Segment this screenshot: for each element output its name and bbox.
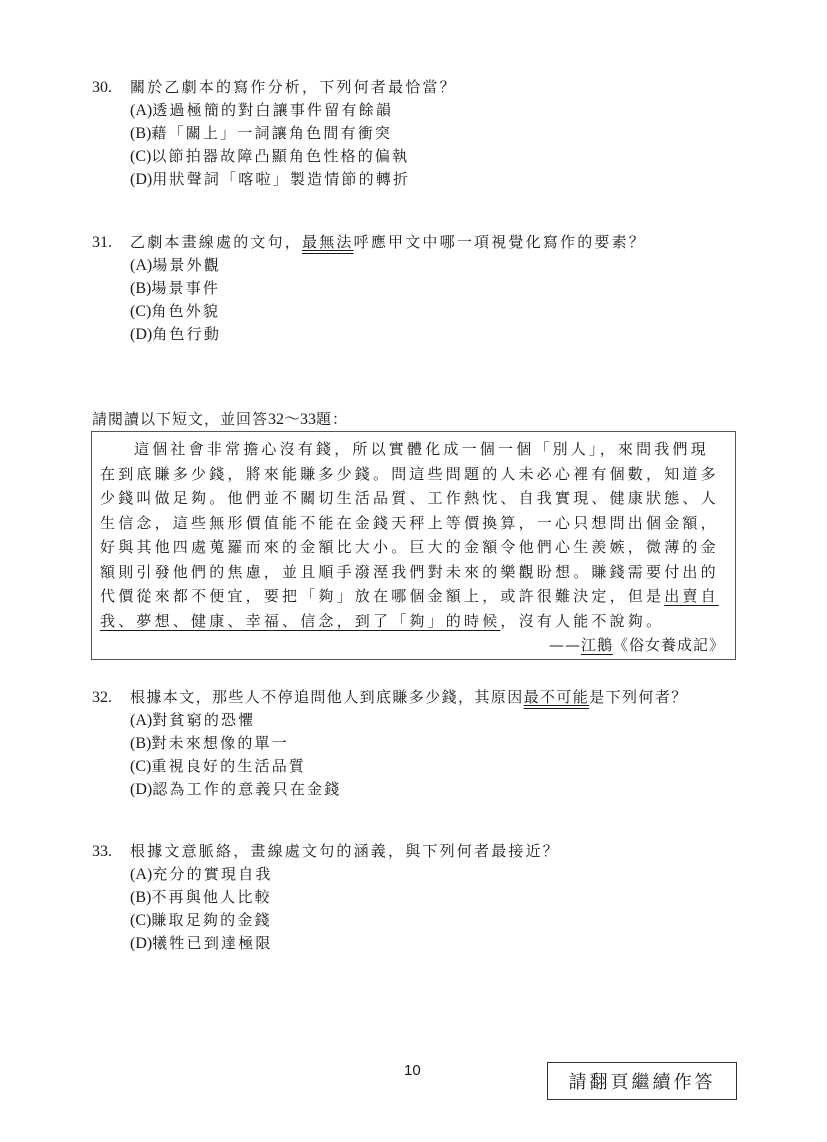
option-key: (C) (130, 912, 151, 929)
stem-text: 乙劇本畫線處的文句， (130, 233, 302, 251)
question-31: 31.乙劇本畫線處的文句，最無法呼應甲文中哪一項視覺化寫作的要素？ (A)場景外… (92, 231, 646, 346)
question-33: 33.根據文意脈絡，畫線處文句的涵義，與下列何者最接近？ (A)充分的實現自我 … (92, 840, 560, 955)
emphasis-keyword: 最不可能 (524, 688, 590, 706)
passage-text: 生信念，這些無形價值能不能在金錢天秤上等價換算，一心只想問出個金額， (100, 514, 719, 532)
option-key: (C) (130, 303, 151, 320)
option-text: 認為工作的意義只在金錢 (152, 780, 341, 798)
option-a[interactable]: (A)充分的實現自我 (92, 863, 560, 886)
question-stem: 32.根據本文，那些人不停追問他人到底賺多少錢，其原因最不可能是下列何者？ (92, 686, 688, 709)
reading-passage: 這個社會非常擔心沒有錢，所以實體化成一個一個「別人」，來問我們現 在到底賺多少錢… (91, 431, 736, 660)
question-number: 33. (92, 840, 130, 863)
passage-line: 少錢叫做足夠。他們並不關切生活品質、工作熱忱、自我實現、健康狀態、人 (100, 486, 729, 511)
passage-text: 代價從來都不便宜，要把「夠」放在哪個金額上，或許很難決定，但是 (100, 587, 664, 605)
passage-line: 額則引發他們的焦慮，並且順手潑溼我們對未來的樂觀盼想。賺錢需要付出的 (100, 560, 729, 585)
option-text: 犧牲已到達極限 (152, 934, 272, 952)
option-key: (A) (130, 102, 152, 119)
option-key: (C) (130, 758, 151, 775)
option-text: 不再與他人比較 (151, 888, 271, 906)
question-32: 32.根據本文，那些人不停追問他人到底賺多少錢，其原因最不可能是下列何者？ (A… (92, 686, 688, 801)
option-key: (B) (130, 125, 151, 142)
option-key: (C) (130, 148, 151, 165)
source-dash: —— (549, 636, 581, 654)
option-text: 透過極簡的對白讓事件留有餘韻 (152, 101, 393, 119)
option-text: 用狀聲詞「喀啦」製造情節的轉折 (152, 170, 410, 188)
passage-source: ——江鵝《俗女養成記》 (100, 633, 729, 658)
source-title: 《俗女養成記》 (613, 636, 725, 654)
option-key: (B) (130, 735, 151, 752)
passage-text: 這個社會非常擔心沒有錢，所以實體化成一個一個「別人」，來問我們現 (134, 440, 709, 458)
intro-text: 請閱讀以下短文，並回答 (92, 410, 268, 428)
question-stem: 30.關於乙劇本的寫作分析，下列何者最恰當？ (92, 76, 457, 99)
option-c[interactable]: (C)重視良好的生活品質 (92, 755, 688, 778)
question-stem: 31.乙劇本畫線處的文句，最無法呼應甲文中哪一項視覺化寫作的要素？ (92, 231, 646, 254)
question-30: 30.關於乙劇本的寫作分析，下列何者最恰當？ (A)透過極簡的對白讓事件留有餘韻… (92, 76, 457, 191)
option-text: 場景外觀 (152, 256, 221, 274)
option-text: 角色行動 (152, 325, 221, 343)
option-key: (B) (130, 280, 151, 297)
page-number: 10 (404, 1062, 421, 1079)
option-text: 藉「關上」一詞讓角色間有衝突 (151, 124, 392, 142)
passage-line: 這個社會非常擔心沒有錢，所以實體化成一個一個「別人」，來問我們現 (100, 437, 729, 462)
option-d[interactable]: (D)犧牲已到達極限 (92, 932, 560, 955)
option-key: (A) (130, 866, 152, 883)
underlined-sentence: 出賣自 (664, 587, 719, 605)
option-key: (B) (130, 889, 151, 906)
option-b[interactable]: (B)場景事件 (92, 277, 646, 300)
passage-line: 好與其他四處蒐羅而來的金額比大小。巨大的金額令他們心生羨嫉，微薄的金 (100, 535, 729, 560)
turn-page-notice: 請翻頁繼續作答 (547, 1062, 737, 1100)
passage-text: ，沒有人能不說夠。 (500, 612, 664, 630)
passage-line: 代價從來都不便宜，要把「夠」放在哪個金額上，或許很難決定，但是出賣自 (100, 584, 729, 609)
option-text: 以節拍器故障凸顯角色性格的偏執 (151, 147, 409, 165)
option-b[interactable]: (B)不再與他人比較 (92, 886, 560, 909)
option-d[interactable]: (D)認為工作的意義只在金錢 (92, 778, 688, 801)
question-range: 32～33 (268, 411, 316, 428)
emphasis-keyword: 最無法 (302, 233, 354, 251)
option-key: (D) (130, 935, 152, 952)
option-text: 賺取足夠的金錢 (151, 911, 271, 929)
passage-text: 額則引發他們的焦慮，並且順手潑溼我們對未來的樂觀盼想。賺錢需要付出的 (100, 563, 719, 581)
option-text: 對未來想像的單一 (151, 734, 289, 752)
option-c[interactable]: (C)角色外貌 (92, 300, 646, 323)
option-text: 充分的實現自我 (152, 865, 272, 883)
intro-text: 題： (316, 410, 348, 428)
passage-line: 在到底賺多少錢，將來能賺多少錢。問這些問題的人未必心裡有個數，知道多 (100, 462, 729, 487)
option-c[interactable]: (C)以節拍器故障凸顯角色性格的偏執 (92, 145, 457, 168)
passage-text: 少錢叫做足夠。他們並不關切生活品質、工作熱忱、自我實現、健康狀態、人 (100, 489, 719, 507)
passage-line: 我、夢想、健康、幸福、信念，到了「夠」的時候，沒有人能不說夠。 (100, 609, 729, 634)
option-a[interactable]: (A)對貧窮的恐懼 (92, 709, 688, 732)
question-number: 32. (92, 686, 130, 709)
underlined-sentence: 我、夢想、健康、幸福、信念，到了「夠」的時候 (100, 612, 500, 630)
option-text: 場景事件 (151, 279, 220, 297)
option-key: (A) (130, 257, 152, 274)
stem-text: 呼應甲文中哪一項視覺化寫作的要素？ (354, 233, 646, 251)
option-b[interactable]: (B)藉「關上」一詞讓角色間有衝突 (92, 122, 457, 145)
passage-line: 生信念，這些無形價值能不能在金錢天秤上等價換算，一心只想問出個金額， (100, 511, 729, 536)
source-author: 江鵝 (581, 636, 613, 654)
option-d[interactable]: (D)用狀聲詞「喀啦」製造情節的轉折 (92, 168, 457, 191)
option-key: (D) (130, 326, 152, 343)
question-number: 30. (92, 76, 130, 99)
option-key: (A) (130, 712, 152, 729)
option-c[interactable]: (C)賺取足夠的金錢 (92, 909, 560, 932)
option-text: 對貧窮的恐懼 (152, 711, 255, 729)
option-text: 重視良好的生活品質 (151, 757, 306, 775)
question-stem: 33.根據文意脈絡，畫線處文句的涵義，與下列何者最接近？ (92, 840, 560, 863)
question-number: 31. (92, 231, 130, 254)
option-key: (D) (130, 171, 152, 188)
option-a[interactable]: (A)透過極簡的對白讓事件留有餘韻 (92, 99, 457, 122)
stem-text: 根據文意脈絡，畫線處文句的涵義，與下列何者最接近？ (130, 842, 560, 860)
passage-text: 在到底賺多少錢，將來能賺多少錢。問這些問題的人未必心裡有個數，知道多 (100, 465, 719, 483)
passage-text: 好與其他四處蒐羅而來的金額比大小。巨大的金額令他們心生羨嫉，微薄的金 (100, 538, 719, 556)
option-b[interactable]: (B)對未來想像的單一 (92, 732, 688, 755)
option-d[interactable]: (D)角色行動 (92, 323, 646, 346)
stem-text: 是下列何者？ (589, 688, 687, 706)
stem-text: 關於乙劇本的寫作分析，下列何者最恰當？ (130, 78, 457, 96)
stem-text: 根據本文，那些人不停追問他人到底賺多少錢，其原因 (130, 688, 524, 706)
option-a[interactable]: (A)場景外觀 (92, 254, 646, 277)
option-text: 角色外貌 (151, 302, 220, 320)
passage-instructions: 請閱讀以下短文，並回答32～33題： (92, 408, 348, 431)
option-key: (D) (130, 781, 152, 798)
